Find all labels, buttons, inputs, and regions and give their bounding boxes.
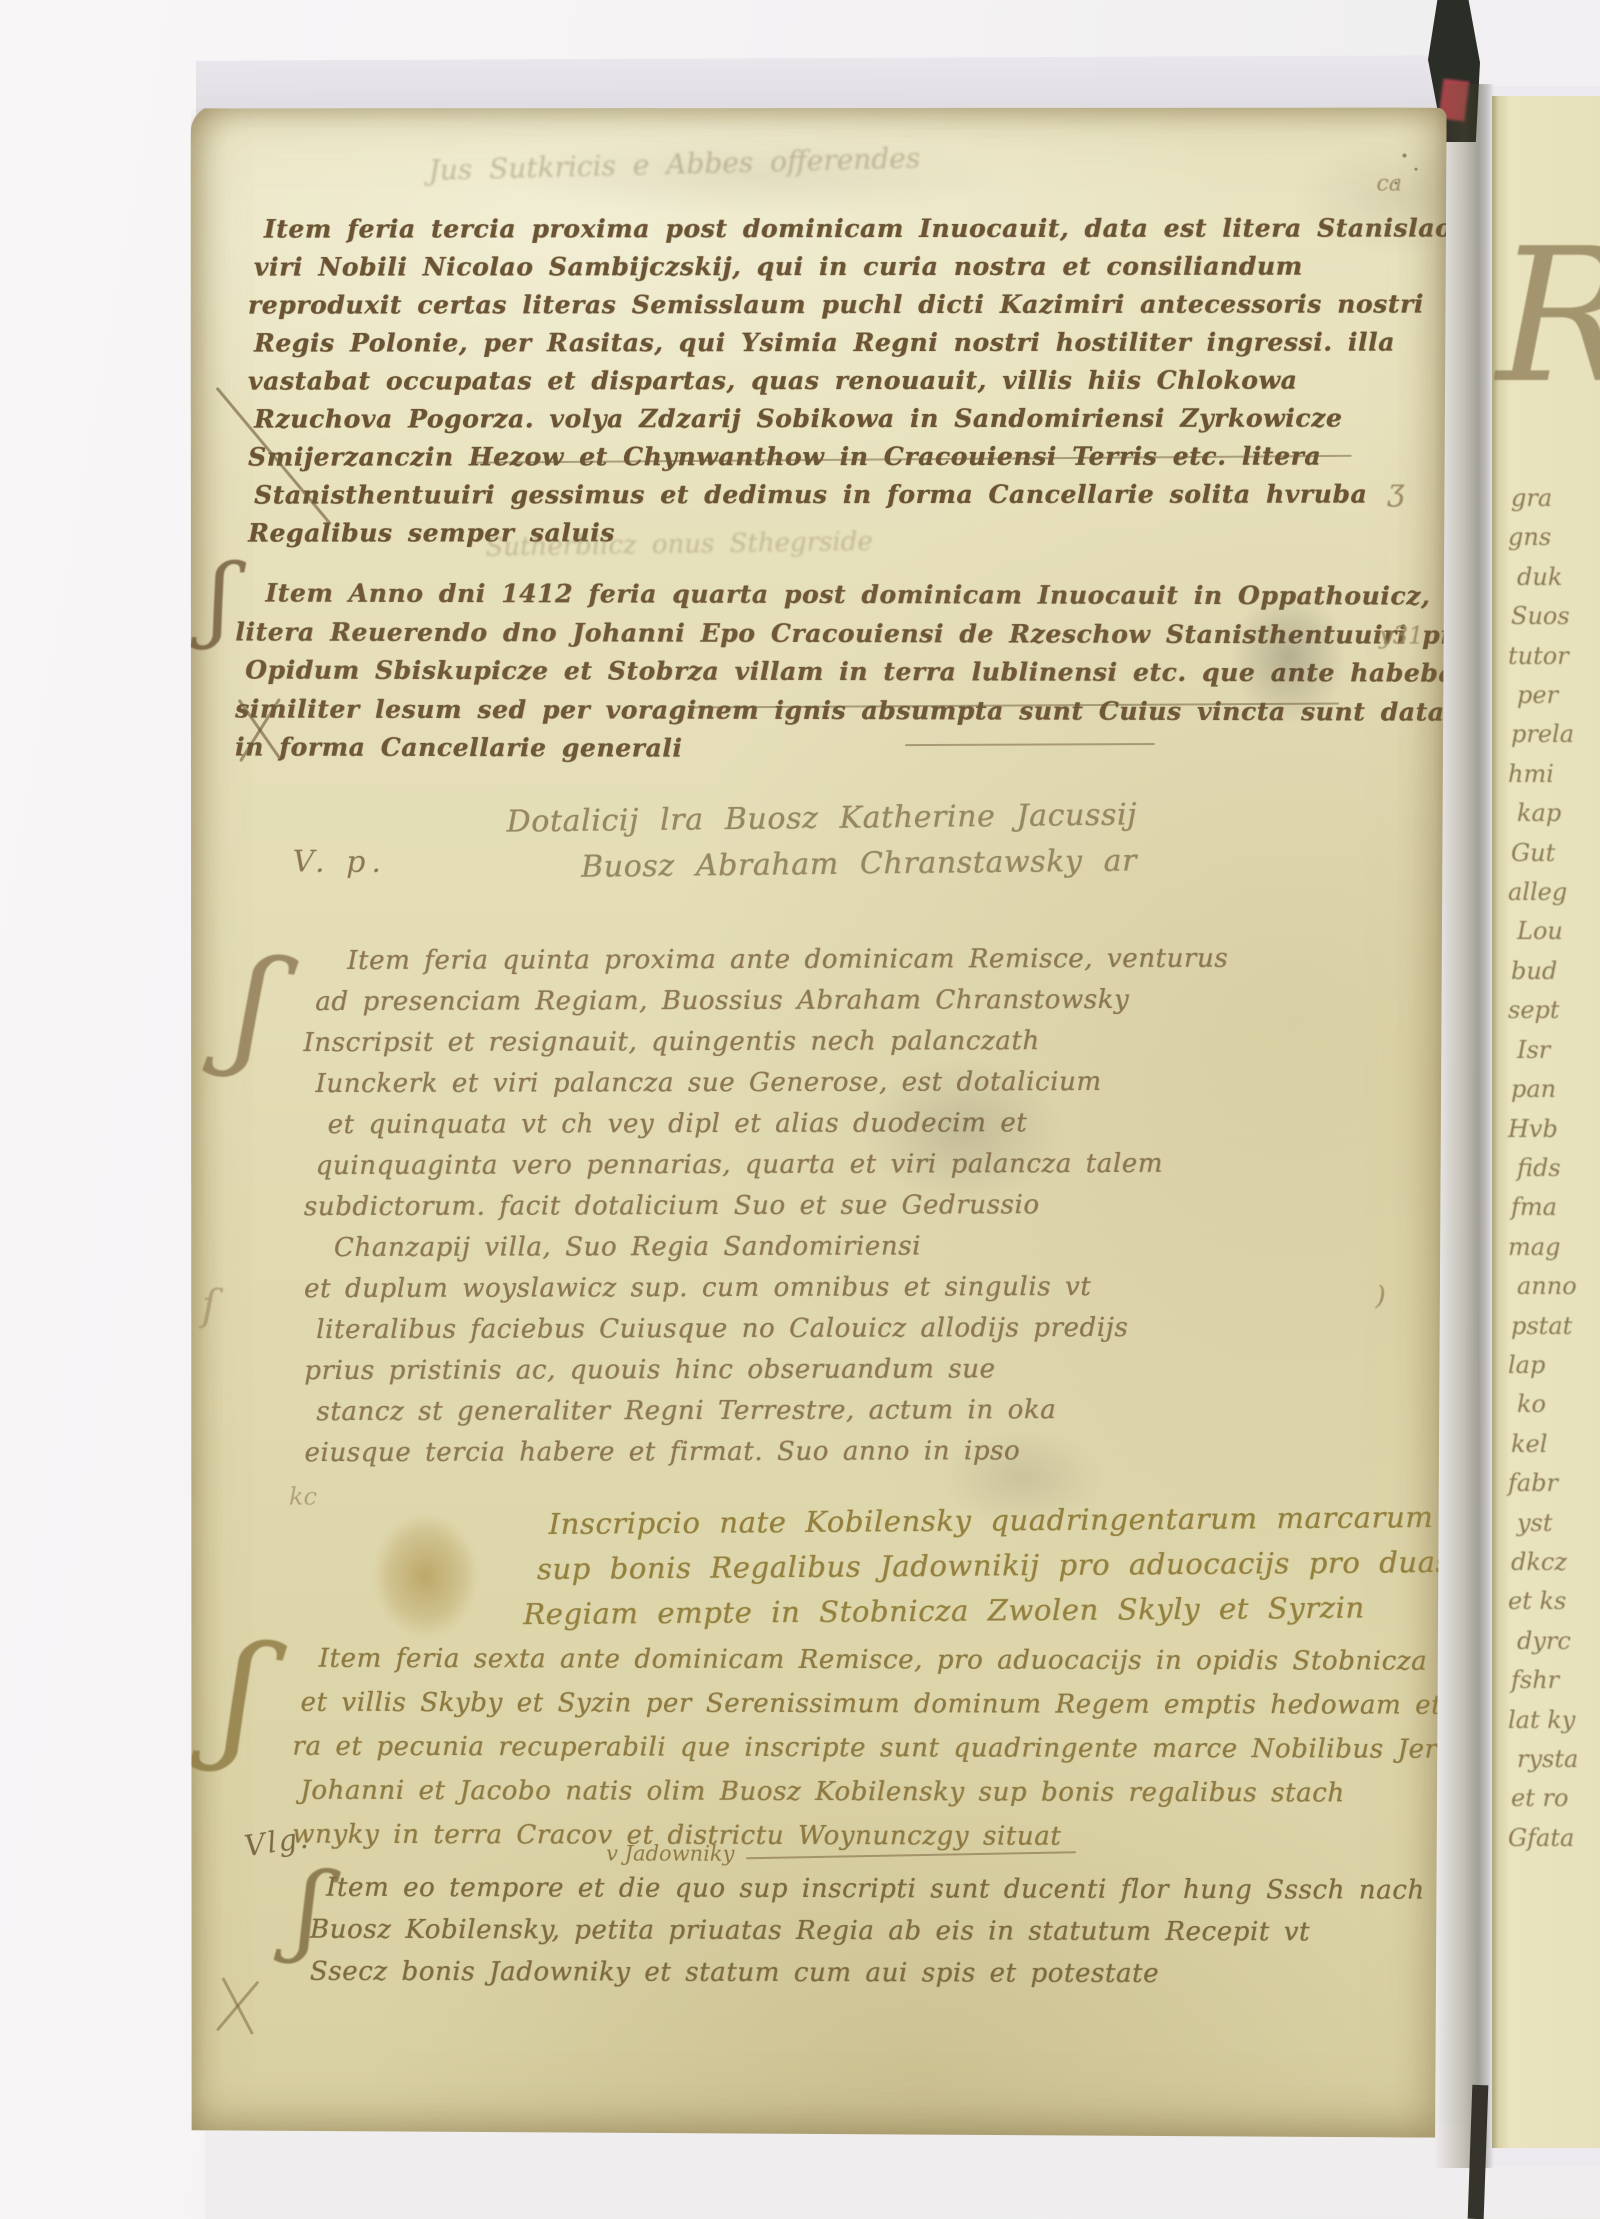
paragraph-3: Item feria quinta proxima ante dominicam… [303,939,1229,1474]
tan-stain [373,1513,479,1639]
edge-ink-fragment: ca [1376,171,1402,196]
facing-text-fragment: Suos [1511,597,1578,636]
text-line: Iunckerk et viri palancza sue Generose, … [315,1062,1228,1105]
text-line: prius pristinis ac, quouis hinc obseruan… [304,1349,1229,1392]
paragraph-3-trailing-etc: kc [289,1483,317,1511]
interlinear-insertion: v Jadowniky [606,1841,734,1865]
facing-text-fragment: lap [1508,1346,1578,1385]
gutter-shadow [1434,84,1494,2168]
text-line: Opidum Sbiskupicze et Stobrza villam in … [245,652,1568,694]
text-line: in forma Cancellarie generali [235,728,1568,770]
text-line: Item eo tempore et die quo sup inscripti… [326,1867,1425,1912]
facing-text-fragment: Lou [1517,912,1578,951]
facing-text-fragment: prela [1511,715,1578,754]
facing-text-fragment: fshr [1511,1661,1578,1700]
paragraph-4-initial-flourish: ʃ [215,1625,268,1768]
facing-text-fragment: gra [1511,479,1578,518]
paragraph-2: Item Anno dni 1412 feria quarta post dom… [235,574,1568,770]
paragraph-2-initial-flourish: ʃ [207,552,232,644]
text-line: viri Nobili Nicolao Sambijczskij, qui in… [254,248,1453,287]
facing-text-fragment: pstat [1511,1307,1578,1346]
paragraph-4: Item feria sexta ante dominicam Remisce,… [292,1637,1582,1860]
facing-page-sliver: R gragnsdukSuostutorperprelahmikapGutall… [1492,96,1600,2148]
text-line: stancz st generaliter Regni Terrestre, a… [316,1390,1229,1433]
heading-line: Inscripcio nate Kobilensky quadringentar… [548,1495,1450,1547]
facing-text-fragment: pan [1511,1070,1578,1109]
facing-text-fragment: kap [1517,794,1578,833]
ink-speck [1394,182,1397,185]
text-line: litera Reuerendo dno Johanni Epo Cracoui… [235,613,1568,655]
facing-text-fragment: et ks [1508,1582,1578,1621]
facing-text-fragment: fma [1511,1188,1578,1227]
text-line: literalibus faciebus Cuiusque no Calouic… [316,1308,1229,1351]
facing-text-fragment: gns [1508,518,1578,557]
facing-text-fragment: rysta [1517,1740,1578,1779]
facing-text-fragment: tutor [1508,637,1578,676]
text-line: ra et pecunia recuperabili que inscripte… [292,1725,1581,1772]
text-line: Chanzapij villa, Suo Regia Sandomiriensi [334,1226,1229,1269]
text-line: Stanisthentuuiri gessimus et dedimus in … [254,476,1453,515]
edge-ink-fragment: ʒ [1388,473,1405,508]
facing-text-fragment: yst [1517,1504,1578,1543]
text-line: quinquaginta vero pennarias, quarta et v… [316,1144,1229,1187]
ink-speck [1414,168,1417,171]
text-line: Regis Polonie, per Rasitas, qui Ysimia R… [254,324,1453,363]
facing-text-fragment: fids [1517,1149,1578,1188]
text-line: reproduxit certas literas Semisslaum puc… [248,286,1453,325]
edge-ink-fragment: ) [1376,1281,1386,1311]
flyleaf-edge-bottom [205,2125,1600,2219]
facing-text-fragment: ko [1517,1385,1578,1424]
facing-text-fragment: dkcz [1511,1543,1578,1582]
text-line: Ssecz bonis Jadowniky et statum cum aui … [310,1951,1425,1996]
scan-background: Jus Sutkricis e Abbes offerendes Item fe… [0,0,1600,2219]
paragraph-5: Item eo tempore et die quo sup inscripti… [310,1867,1425,1996]
facing-text-fragment: et ro [1511,1779,1578,1818]
margin-note-vp: V. p. [293,845,387,880]
heading-line: Buosz Abraham Chranstawsky ar [581,838,1138,890]
facing-text-fragment: mag [1508,1228,1578,1267]
facing-text-fragment: lat ky [1508,1701,1578,1740]
text-line: eiusque tercia habere et firmat. Suo ann… [304,1431,1229,1474]
text-line: vastabat occupatas et dispartas, quas re… [248,362,1453,401]
text-line: Item Anno dni 1412 feria quarta post dom… [265,575,1568,617]
heading-line: sup bonis Regalibus Jadownikij pro aduoc… [537,1540,1451,1592]
facing-text-fragment: sept [1508,991,1578,1030]
facing-text-fragment: dyrc [1517,1622,1578,1661]
facing-page-initial-letter: R [1496,224,1600,409]
text-line: Rzuchova Pogorza. volya Zdzarij Sobikowa… [254,400,1453,439]
ink-speck [1403,154,1407,158]
bleedthrough-text-top: Jus Sutkricis e Abbes offerendes [428,141,920,186]
manuscript-page: Jus Sutkricis e Abbes offerendes Item fe… [185,104,1446,2137]
heading-line: Regiam empte in Stobnicza Zwolen Skyly e… [523,1585,1451,1637]
text-line: Item feria sexta ante dominicam Remisce,… [319,1637,1582,1684]
text-line: subdictorum. facit dotalicium Suo et sue… [304,1185,1229,1228]
text-line: et duplum woyslawicz sup. cum omnibus et… [304,1267,1229,1310]
heading-line: Dotalicij lra Buosz Katherine Jacussij [506,792,1137,845]
text-line: Item feria quinta proxima ante dominicam… [347,939,1228,982]
facing-text-fragment: alleg [1508,873,1578,912]
text-line: Johanni et Jacobo natis olim Buosz Kobil… [300,1769,1581,1816]
facing-text-fragment: per [1517,676,1578,715]
facing-text-fragment: duk [1517,558,1578,597]
text-line: ad presenciam Regiam, Buossius Abraham C… [315,980,1228,1023]
text-line: et villis Skyby et Syzin per Serenissimu… [300,1681,1581,1728]
facing-text-fragment: Isr [1517,1031,1578,1070]
facing-text-fragment: Gut [1511,834,1578,873]
text-line: Inscripsit et resignauit, quingentis nec… [303,1021,1228,1064]
paragraph-1: Item feria tercia proxima post dominicam… [248,210,1453,553]
facing-text-fragment: fabr [1508,1464,1578,1503]
text-line: et quinquata vt ch vey dipl et alias duo… [328,1103,1229,1146]
facing-text-fragment: anno [1517,1267,1578,1306]
text-line: Item feria tercia proxima post dominicam… [264,210,1453,249]
facing-text-fragment: bud [1511,952,1578,991]
facing-text-fragment: hmi [1508,755,1578,794]
facing-text-fragment: Gfata [1508,1819,1578,1858]
bleedthrough-text-mid: Sutherbiicz onus Sthegrside [485,527,873,563]
text-line: similiter lesum sed per voraginem ignis … [235,690,1568,732]
facing-text-fragment: kel [1511,1425,1578,1464]
facing-text-fragment: Hvb [1508,1110,1578,1149]
heading-inscripcio: Inscripcio nate Kobilensky quadringentar… [536,1495,1451,1637]
text-line: Buosz Kobilensky, petita priuatas Regia … [310,1909,1425,1954]
edge-ink-fragment: y31 [1379,621,1423,649]
facing-page-text-column: gragnsdukSuostutorperprelahmikapGutalleg… [1508,479,1578,1858]
margin-small-flourish: ſ [201,1284,217,1326]
paragraph-3-initial-flourish: ʃ [227,939,281,1075]
heading-dotalicium: Dotalicij lra Buosz Katherine JacussijBu… [506,792,1138,891]
bottom-margin-cross-mark [216,1981,260,2032]
